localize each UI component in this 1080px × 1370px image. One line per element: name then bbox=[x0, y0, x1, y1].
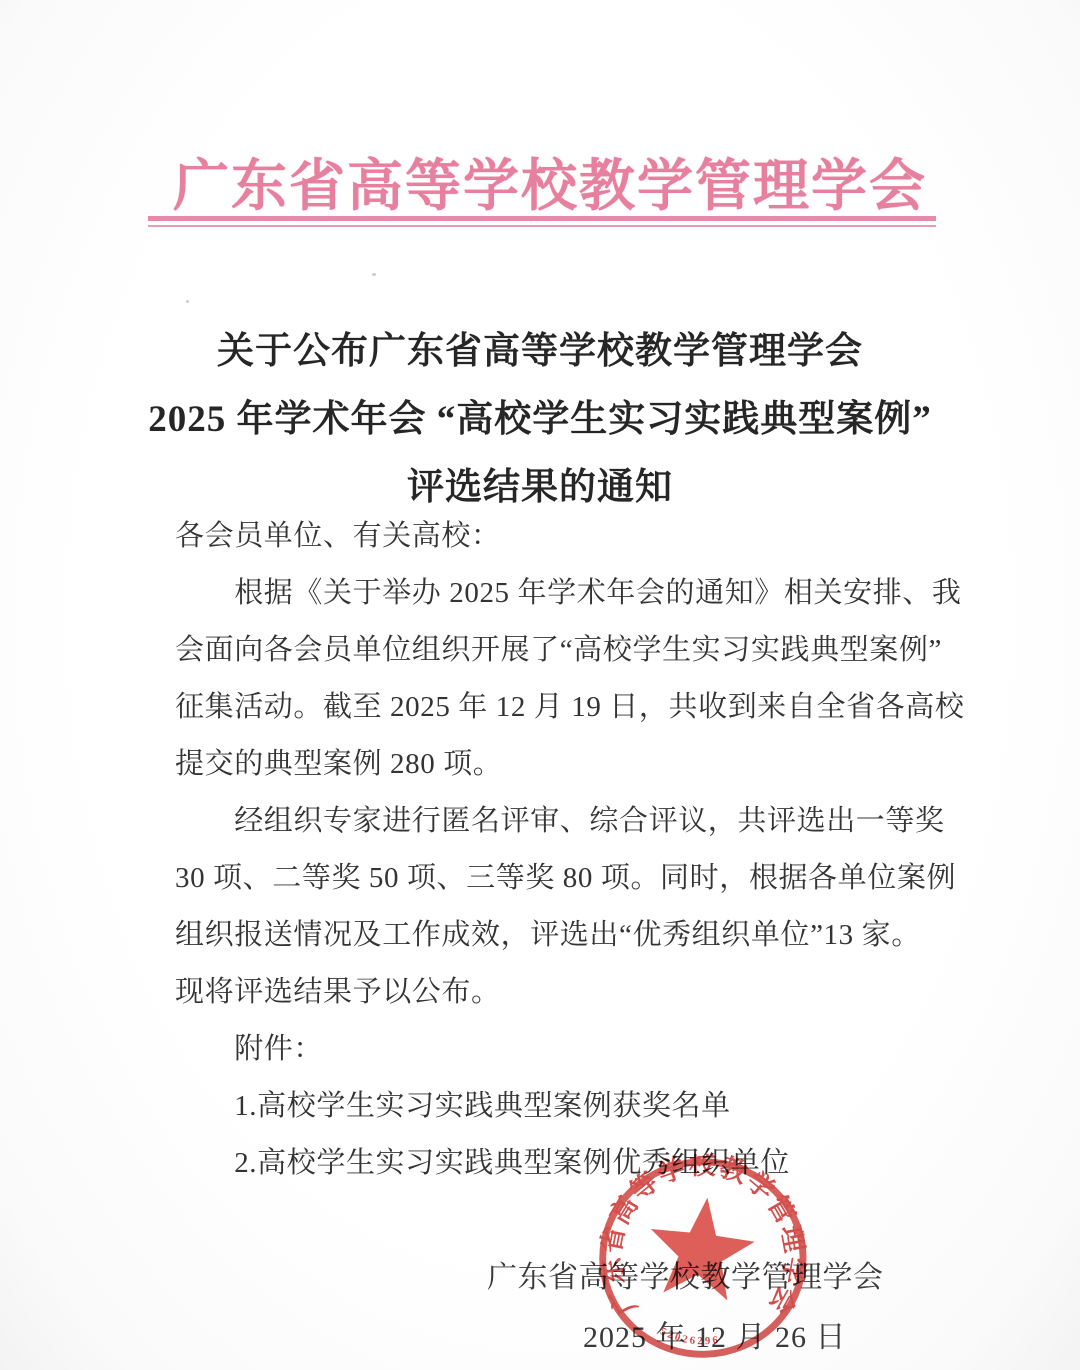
body-line: 根据《关于举办 2025 年学术年会的通知》相关安排、我 bbox=[175, 565, 943, 622]
document-title: 关于公布广东省高等学校教学管理学会 2025 年学术年会 “高校学生实习实践典型… bbox=[140, 318, 940, 522]
attachment-header: 附件： bbox=[175, 1021, 943, 1078]
document-body: 各会员单位、有关高校： 根据《关于举办 2025 年学术年会的通知》相关安排、我… bbox=[175, 508, 943, 1192]
scanned-notice-page: 广东省高等学校教学管理学会 关于公布广东省高等学校教学管理学会 2025 年学术… bbox=[0, 0, 1080, 1370]
body-line: 经组织专家进行匿名评审、综合评议，共评选出一等奖 bbox=[175, 793, 943, 850]
letterhead-rule-bottom bbox=[148, 225, 936, 227]
body-line: 征集活动。截至 2025 年 12 月 19 日，共收到来自全省各高校 bbox=[175, 679, 943, 736]
scan-speck bbox=[372, 273, 376, 276]
body-line: 提交的典型案例 280 项。 bbox=[175, 736, 943, 793]
body-line: 组织报送情况及工作成效，评选出“优秀组织单位”13 家。 bbox=[175, 907, 943, 964]
salutation-line: 各会员单位、有关高校： bbox=[175, 508, 943, 565]
body-line: 现将评选结果予以公布。 bbox=[175, 964, 943, 1021]
body-line: 30 项、二等奖 50 项、三等奖 80 项。同时，根据各单位案例 bbox=[175, 850, 943, 907]
title-line: 2025 年学术年会 “高校学生实习实践典型案例” bbox=[140, 386, 940, 454]
letterhead-rule-top bbox=[148, 216, 936, 221]
scan-speck bbox=[186, 300, 189, 303]
star-icon bbox=[643, 1191, 759, 1302]
official-seal-stamp: 广东省高等学校教学管理学会 52026296 bbox=[586, 1150, 819, 1370]
letterhead-org-name: 广东省高等学校教学管理学会 bbox=[150, 142, 950, 222]
title-line: 关于公布广东省高等学校教学管理学会 bbox=[140, 318, 940, 386]
attachment-item-1: 1.高校学生实习实践典型案例获奖名单 bbox=[175, 1078, 943, 1135]
attachment-item-2: 2.高校学生实习实践典型案例优秀组织单位 bbox=[175, 1135, 943, 1192]
body-line: 会面向各会员单位组织开展了“高校学生实习实践典型案例” bbox=[175, 622, 943, 679]
